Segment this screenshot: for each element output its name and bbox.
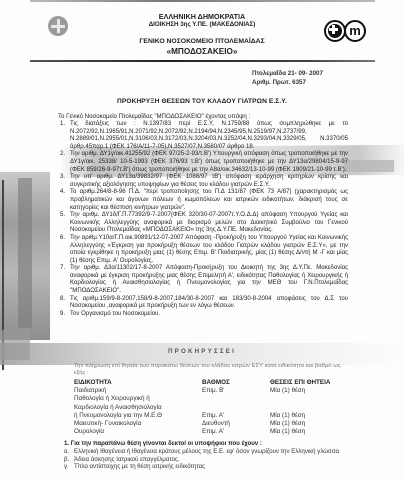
proclaim-heading: ΠΡΟΚΗΡΥΣΣΕΙ: [0, 348, 404, 355]
list-item: 6.Την αριθμ.Υ10α/Γ.Π.οικ.90891/12-07-200…: [58, 235, 348, 265]
intro-line: Το Γενικό Νοσοκομείο Πτολεμαΐδας "ΜΠΟΔΟΣ…: [58, 113, 250, 120]
table-row: Καρδιολογία ή Αναισθησιολογία: [74, 404, 364, 412]
protocol-number: Αριθμ. Πρωτ. 6357: [252, 79, 323, 88]
list-item: 1.Τις διατάξεις των : Ν.1397/83 περί Ε.Σ…: [58, 121, 348, 151]
list-item: 8.Τις αριθμ.159/9-8-2007,158/9-8-2007,18…: [58, 296, 348, 311]
scan-shadow-left-inner: [18, 178, 32, 328]
header-hospital-name: ΓΕΝΙΚΟ ΝΟΣΟΚΟΜΕΙΟ ΠΤΟΛΕΜΑΪΔΑΣ: [0, 38, 404, 45]
list-item: 7.Την αριθμ. Δ3α/11302/17-8-2007 Απόφαση…: [58, 265, 348, 295]
scanned-document-page: m ΕΛΛΗΝΙΚΗ ΔΗΜΟΚΡΑΤΙΑ ΔΙΟΙΚΗΣΗ 3ης Υ.ΠΕ.…: [0, 0, 404, 480]
top-scan-edge: [30, 0, 375, 2]
scan-smudge-right: [344, 160, 394, 172]
header-administration: ΔΙΟΙΚΗΣΗ 3ης Υ.ΠΕ. (ΜΑΚΕΔΟΝΙΑΣ): [0, 21, 404, 28]
list-item: 4.Το αριθμ.264/8-8-96 Π.Δ. "περί τροποπο…: [58, 189, 348, 212]
header-country: ΕΛΛΗΝΙΚΗ ΔΗΜΟΚΡΑΤΙΑ: [0, 12, 404, 21]
list-item: 5.Την αριθμ. ΔΥ1δ/Γ.Π.77392/9-7-2007(ΦΕΚ…: [58, 212, 348, 235]
list-item: 9.Τον Οργανισμό του Νοσοκομείου.: [58, 311, 348, 319]
table-row: Ουρολογία Επιμ. Α' Μία (1) θέση: [74, 428, 364, 436]
table-row: Μαιευτική- Γυναικολογία Διευθυντή Μία (1…: [74, 420, 364, 428]
date-block: Πτολεμαΐδα 21- 09- 2007 Αριθμ. Πρωτ. 635…: [252, 70, 323, 87]
table-row: Παθολογία ή Χειρουργική ή: [74, 395, 364, 403]
requirements-heading: 1. Για την παραπάνω θέση γίνονται δεκτοί…: [64, 440, 364, 448]
table-header-row: ΕΙΔΙΚΟΤΗΤΑ ΒΑΘΜΟΣ ΘΕΣΕΙΣ ΕΠΙ ΘΗΤΕΙΑ: [74, 379, 364, 387]
header-hospital-alias: «ΜΠΟΔΟΣΑΚΕΙΟ»: [0, 47, 404, 56]
requirement-item: α.Ελληνική Ιθαγένεια ή Ιθαγένεια κράτους…: [64, 448, 364, 456]
place-date: Πτολεμαΐδα 21- 09- 2007: [252, 70, 323, 79]
document-title: ΠΡΟΚΗΡΥΞΗ ΘΕΣΕΩΝ ΤΟΥ ΚΛΑΔΟΥ ΓΙΑΤΡΩΝ Ε.Σ.…: [0, 98, 404, 105]
table-row: ή Πνευμονολογία για την Μ.Ε.Θ Επιμ. Α' Μ…: [74, 412, 364, 420]
proclaim-text: Την πλήρωση επί θητεία των παρακάτω θέσε…: [74, 363, 344, 378]
considerations-list: 1.Τις διατάξεις των : Ν.1397/83 περί Ε.Σ…: [58, 121, 348, 318]
header-divider: [30, 60, 375, 62]
requirement-item: γ.Τίτλο αντίστοιχης με τη θέση ιατρικής …: [64, 463, 364, 471]
requirement-item: β.Άδεια άσκησης Ιατρικού επαγγέλματος.: [64, 456, 364, 464]
positions-table: ΕΙΔΙΚΟΤΗΤΑ ΒΑΘΜΟΣ ΘΕΣΕΙΣ ΕΠΙ ΘΗΤΕΙΑ Παιδ…: [74, 379, 364, 436]
requirements-section: 1. Για την παραπάνω θέση γίνονται δεκτοί…: [64, 440, 364, 471]
list-item: 2.Την αριθμ. ΔΥ1γ/οικ.41255/92 (ΦΕΚ 97/2…: [58, 151, 348, 174]
list-item: 3.Την υπ' αριθμ. ΔΥ13α/39832/97 (ΦΕΚ 108…: [58, 174, 348, 189]
